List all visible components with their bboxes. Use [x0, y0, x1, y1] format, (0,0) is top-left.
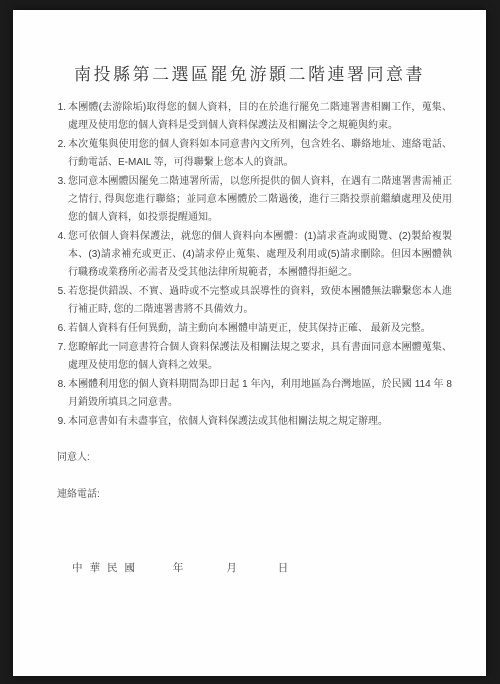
date-line: 中華民國 年 月 日 — [72, 560, 288, 575]
consenter-label: 同意人: — [57, 448, 90, 463]
term-item: 本同意書如有未盡事宜，依個人資料保護法或其他相關法規之規定辦理。 — [68, 413, 452, 431]
term-item: 本團體(去游除垢)取得您的個人資料，目的在於進行罷免二階連署書相關工作，蒐集、處… — [68, 99, 452, 135]
phone-label: 連絡電話: — [57, 485, 100, 500]
document-title: 南投縣第二選區罷免游顥二階連署同意書 — [13, 60, 486, 85]
month-label: 月 — [226, 562, 237, 574]
year-label: 年 — [173, 562, 184, 574]
term-item: 本次蒐集與使用您的個人資料如本同意書內文所列，包含姓名、聯絡地址、連絡電話、行動… — [68, 136, 452, 172]
viewer-backdrop: 南投縣第二選區罷免游顥二階連署同意書 本團體(去游除垢)取得您的個人資料，目的在… — [0, 0, 500, 684]
era-label: 中華民國 — [72, 560, 142, 575]
term-item: 您瞭解此一同意書符合個人資料保護法及相關法規之要求，具有書面同意本團體蒐集、處理… — [68, 339, 452, 375]
term-item: 您同意本團體因罷免二階連署所需，以您所提供的個人資料，在遇有二階連署書需補正之情… — [68, 173, 452, 227]
terms-list: 本團體(去游除垢)取得您的個人資料，目的在於進行罷免二階連署書相關工作，蒐集、處… — [68, 99, 452, 431]
term-item: 本團體利用您的個人資料期間為即日起 1 年內，利用地區為台灣地區，於民國 114… — [68, 376, 452, 412]
term-item: 若個人資料有任何異動，請主動向本團體申請更正，使其保持正確、 最新及完整。 — [68, 320, 452, 338]
term-item: 若您提供錯誤、不實、過時或不完整或具誤導性的資料，致使本團體無法聯繫您本人進行補… — [68, 283, 452, 319]
term-item: 您可依個人資料保護法，就您的個人資料向本團體：(1)請求查詢或閱覽、(2)製給複… — [68, 228, 452, 282]
document-page: 南投縣第二選區罷免游顥二階連署同意書 本團體(去游除垢)取得您的個人資料，目的在… — [13, 10, 486, 676]
day-label: 日 — [278, 562, 289, 574]
